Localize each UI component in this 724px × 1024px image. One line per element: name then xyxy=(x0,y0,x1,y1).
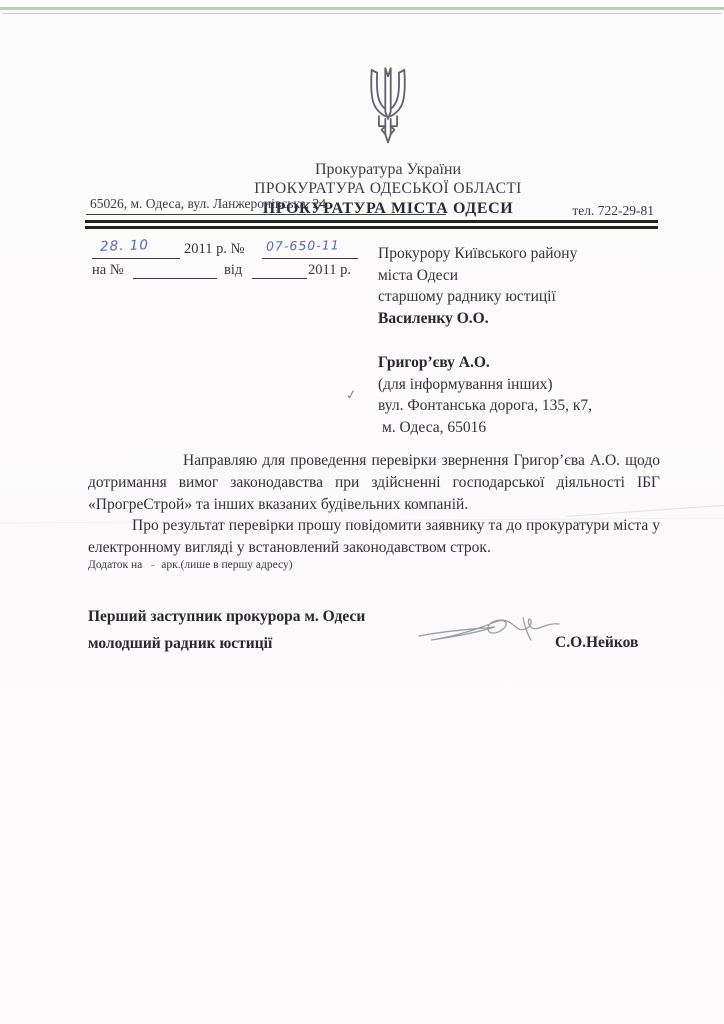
signatory-title-line1: Перший заступник прокурора м. Одеси xyxy=(88,603,365,630)
handwritten-checkmark-icon: ✓ xyxy=(345,387,358,403)
signatory-title-line2: молодший радник юстиції xyxy=(88,630,365,657)
recipient-secondary-block: Григор’єву А.О. (для інформування інших)… xyxy=(378,352,592,438)
recipient-secondary-city: м. Одеса, 65016 xyxy=(378,417,592,439)
recipient-secondary-note: (для інформування інших) xyxy=(378,374,592,396)
handwritten-number: 07-650-11 xyxy=(266,237,340,253)
recipient-primary-line3: старшому раднику юстиції xyxy=(378,286,577,308)
address-underline xyxy=(86,214,446,215)
incoming-ref-mid: від xyxy=(224,262,242,279)
org-address: 65026, м. Одеса, вул. Ланжеронівська, 24 xyxy=(90,196,326,212)
attachment-prefix: Додаток на xyxy=(88,559,142,571)
recipient-primary-block: Прокурору Київського району міста Одеси … xyxy=(378,243,577,329)
letter-body: Направляю для проведення перевірки зверн… xyxy=(88,450,660,559)
body-paragraph-2: Про результат перевірки прошу повідомити… xyxy=(88,515,660,559)
incoming-ref-blank1 xyxy=(133,278,217,279)
incoming-ref-year: 2011 р. xyxy=(308,262,351,279)
org-phone: тел. 722-29-81 xyxy=(572,203,654,219)
recipient-primary-name: Василенку О.О. xyxy=(378,308,577,330)
scan-edge-artifact-gray xyxy=(2,13,722,14)
scan-edge-artifact-green xyxy=(0,7,724,10)
attachment-line: Додаток на–арк.(лише в першу адресу) xyxy=(88,559,293,571)
signature-scribble xyxy=(415,612,563,658)
letterhead: Прокуратура України ПРОКУРАТУРА ОДЕСЬКОЇ… xyxy=(103,62,673,218)
recipient-primary-line2: міста Одеси xyxy=(378,265,577,287)
signatory-name: С.О.Нейков xyxy=(555,634,638,652)
attachment-handwritten-mark: – xyxy=(142,560,161,571)
incoming-ref-prefix: на № xyxy=(92,262,124,279)
scanned-letter-page: Прокуратура України ПРОКУРАТУРА ОДЕСЬКОЇ… xyxy=(0,0,724,1024)
letterhead-double-rule xyxy=(85,220,658,229)
number-underline xyxy=(262,258,358,259)
recipient-primary-line1: Прокурору Київського району xyxy=(378,243,577,265)
ukraine-trident-icon xyxy=(359,62,417,154)
recipient-secondary-street: вул. Фонтанська дорога, 135, к7, xyxy=(378,395,592,417)
attachment-suffix: арк.(лише в першу адресу) xyxy=(161,559,292,571)
handwritten-date: 28. 10 xyxy=(100,237,149,255)
date-underline xyxy=(92,258,180,259)
signatory-title-block: Перший заступник прокурора м. Одеси моло… xyxy=(88,603,365,657)
org-name-line1: Прокуратура України xyxy=(103,161,673,179)
incoming-ref-blank2 xyxy=(252,278,307,279)
reference-year-label: 2011 р. № xyxy=(184,241,244,258)
recipient-secondary-name: Григор’єву А.О. xyxy=(378,352,592,374)
body-paragraph-1: Направляю для проведення перевірки зверн… xyxy=(88,450,660,515)
